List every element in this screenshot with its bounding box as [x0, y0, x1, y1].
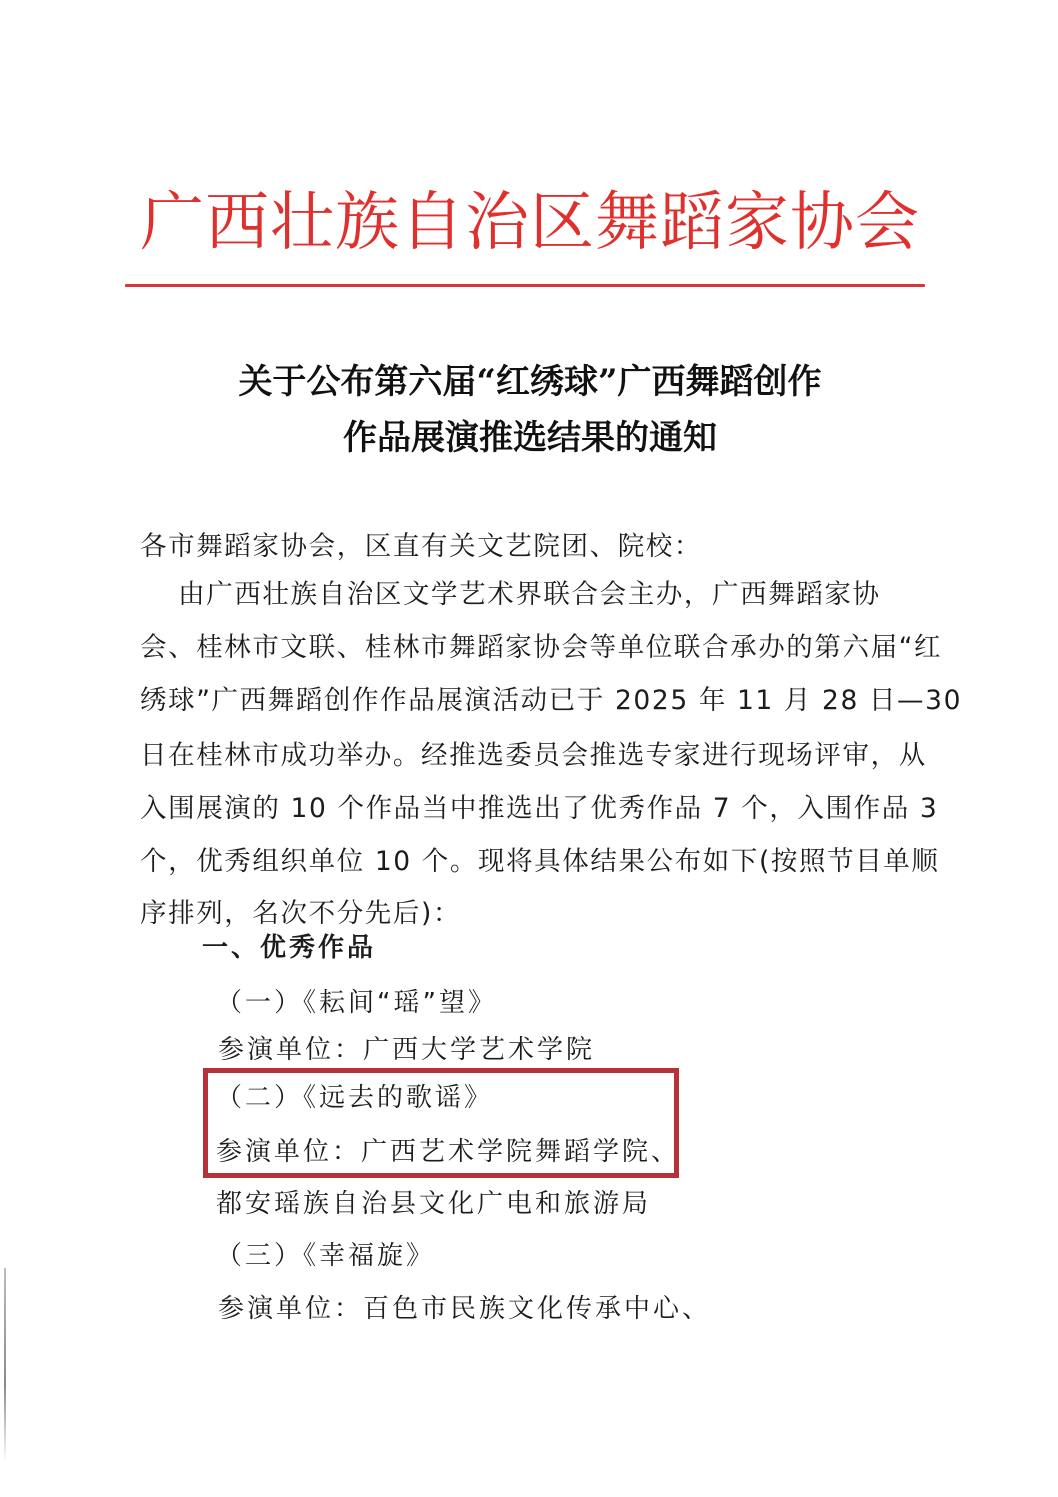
- section-heading-excellent-works: 一、优秀作品: [202, 933, 376, 963]
- work-item-2-unit-continued: 都安瑶族自治县文化广电和旅游局: [216, 1189, 651, 1219]
- unit-label: 参演单位：: [216, 1137, 361, 1167]
- work-item-1-title: （一）《耘间“瑶”望》: [216, 988, 497, 1018]
- document-page: 广西壮族自治区舞蹈家协会 关于公布第六届“红绣球”广西舞蹈创作 作品展演推选结果…: [0, 0, 1058, 1497]
- notice-title-line-2: 作品展演推选结果的通知: [130, 416, 930, 460]
- work-number: （三）: [216, 1241, 303, 1271]
- body-paragraph-line: 入围展演的 10 个作品当中推选出了优秀作品 7 个，入围作品 3: [140, 794, 930, 824]
- body-paragraph-line: 日在桂林市成功举办。经推选委员会推选专家进行现场评审，从: [140, 741, 930, 771]
- body-paragraph-line: 会、桂林市文联、桂林市舞蹈家协会等单位联合承办的第六届“红: [140, 633, 930, 663]
- work-item-2-unit: 参演单位：广西艺术学院舞蹈学院、: [216, 1137, 680, 1167]
- work-item-3-title: （三）《幸福旋》: [216, 1241, 435, 1271]
- notice-title-line-1: 关于公布第六届“红绣球”广西舞蹈创作: [130, 360, 930, 404]
- work-item-2-title: （二）《远去的歌谣》: [216, 1083, 493, 1113]
- letterhead-organization-name: 广西壮族自治区舞蹈家协会: [130, 178, 930, 268]
- body-paragraph-line: 由广西壮族自治区文学艺术界联合会主办，广西舞蹈家协: [140, 580, 930, 610]
- unit-label: 参演单位：: [218, 1294, 363, 1324]
- work-number: （一）: [216, 988, 303, 1018]
- unit-name: 百色市民族文化传承中心、: [363, 1294, 711, 1324]
- body-paragraph-line: 个，优秀组织单位 10 个。现将具体结果公布如下(按照节目单顺: [140, 847, 930, 877]
- unit-name: 广西艺术学院舞蹈学院、: [361, 1137, 680, 1167]
- work-number: （二）: [216, 1083, 303, 1113]
- work-item-3-unit: 参演单位：百色市民族文化传承中心、: [218, 1294, 711, 1324]
- body-paragraph-line: 绣球”广西舞蹈创作作品展演活动已于 2025 年 11 月 28 日—30: [140, 686, 930, 716]
- body-paragraph-line: 序排列，名次不分先后)：: [140, 899, 930, 929]
- work-title: 《幸福旋》: [303, 1241, 435, 1271]
- scan-edge-shadow: [4, 1268, 6, 1463]
- work-item-1-unit: 参演单位：广西大学艺术学院: [218, 1035, 595, 1065]
- unit-label: 参演单位：: [218, 1035, 363, 1065]
- unit-name: 广西大学艺术学院: [363, 1035, 595, 1065]
- salutation: 各市舞蹈家协会，区直有关文艺院团、院校：: [140, 532, 930, 562]
- work-title: 《耘间“瑶”望》: [303, 988, 497, 1018]
- work-title: 《远去的歌谣》: [303, 1083, 493, 1113]
- letterhead-red-divider: [125, 284, 925, 287]
